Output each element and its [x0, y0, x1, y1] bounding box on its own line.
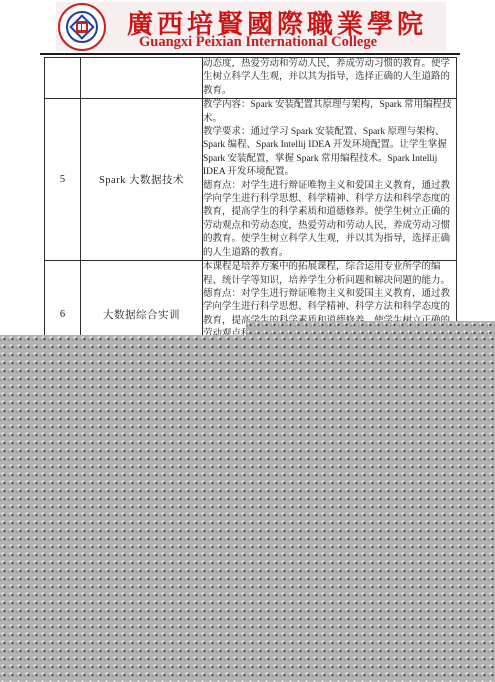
emblem-inner-ring [66, 11, 98, 43]
course-desc-cell: 动态度，热爱劳动和劳动人民，养成劳动习惯的教育。使学生树立科学人生观，并以其为指… [203, 58, 457, 99]
desktop-background [0, 335, 495, 682]
course-name-cell: Spark 大数据技术 [81, 99, 203, 261]
header-rule [40, 53, 460, 55]
row-number-cell: 5 [45, 99, 81, 261]
college-title-zh: 廣西培賢國際職業學院 [127, 4, 449, 36]
emblem-book-icon [76, 21, 88, 33]
row-number-cell [45, 58, 81, 99]
college-title-en: Guangxi Peixian International College [139, 34, 451, 51]
table-row-carryover: 动态度，热爱劳动和劳动人民，养成劳动习惯的教育。使学生树立科学人生观，并以其为指… [45, 58, 457, 99]
course-desc-cell: 教学内容：Spark 安装配置其原理与架构，Spark 常用编程技术。 教学要求… [203, 99, 457, 261]
table-row-5: 5 Spark 大数据技术 教学内容：Spark 安装配置其原理与架构，Spar… [45, 99, 457, 261]
college-emblem-icon [58, 3, 106, 51]
document-page[interactable]: 廣西培賢國際職業學院 Guangxi Peixian International… [0, 0, 495, 682]
course-name-cell [81, 58, 203, 99]
